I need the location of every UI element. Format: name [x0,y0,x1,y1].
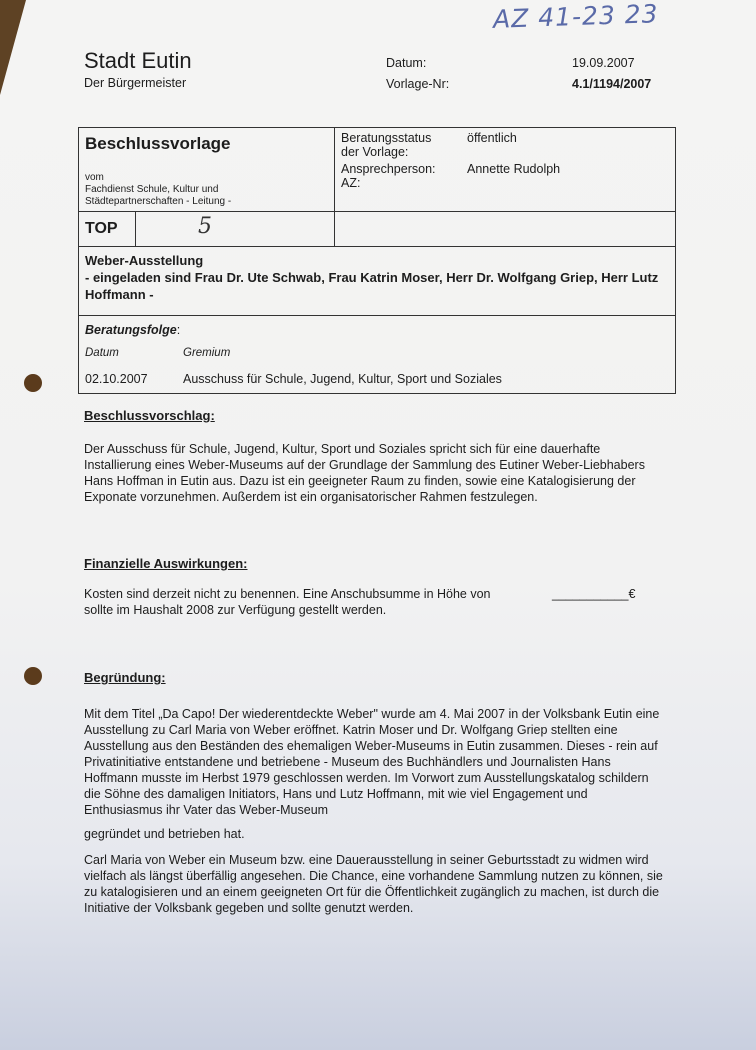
reason-paragraph-2: Carl Maria von Weber ein Museum bzw. ein… [84,852,664,916]
finance-text: Kosten sind derzeit nicht zu benennen. E… [84,586,664,618]
reason-paragraph-1: Mit dem Titel „Da Capo! Der wiederentdec… [84,706,664,818]
empty-cell [334,211,676,247]
proposal-heading: Beschlussvorschlag: [84,408,215,423]
desk-surface [0,0,26,95]
date-value: 19.09.2007 [572,56,635,70]
punch-hole [24,374,42,392]
number-value: 4.1/1194/2007 [572,77,651,91]
sequence-row-body: Ausschuss für Schule, Jugend, Kultur, Sp… [183,372,502,386]
top-value-cell: 5 [135,211,335,247]
handwritten-annotation: AZ 41-23 23 [493,0,659,34]
punch-hole [24,667,42,685]
sequence-cell: Beratungsfolge: Datum Gremium 02.10.2007… [78,315,676,394]
top-value: 5 [198,214,212,239]
reason-heading: Begründung: [84,670,166,685]
proposal-text: Der Ausschuss für Schule, Jugend, Kultur… [84,441,664,505]
sequence-header-date: Datum [85,347,119,359]
status-label: Beratungsstatus der Vorlage: [341,131,451,159]
subject-detail: - eingeladen sind Frau Dr. Ute Schwab, F… [85,269,670,303]
contact-value: Annette Rudolph [467,162,560,176]
form-type-cell: Beschlussvorlage vom Fachdienst Schule, … [78,127,335,212]
top-label-cell: TOP [78,211,136,247]
sequence-header-body: Gremium [183,347,230,359]
date-label: Datum: [386,56,426,70]
sequence-row-date: 02.10.2007 [85,372,148,386]
az-label: AZ: [341,176,360,190]
org-sub: Der Bürgermeister [84,76,186,90]
finance-heading: Finanzielle Auswirkungen: [84,556,247,571]
reason-paragraph-1-end: gegründet und betrieben hat. [84,826,664,842]
number-label: Vorlage-Nr: [386,77,449,91]
subject-title: Weber-Ausstellung [85,253,203,268]
top-label: TOP [85,220,118,238]
contact-label: Ansprechperson: [341,162,436,176]
amount-blank: ___________€ [552,586,635,602]
meta-cell: Beratungsstatus der Vorlage: öffentlich … [334,127,676,212]
subject-cell: Weber-Ausstellung - eingeladen sind Frau… [78,246,676,316]
org-name: Stadt Eutin [84,48,192,74]
status-value: öffentlich [467,131,517,145]
form-type: Beschlussvorlage [85,134,231,154]
from-value: Fachdienst Schule, Kultur und Städtepart… [85,184,265,208]
from-label: vom [85,172,104,184]
sequence-label: Beratungsfolge: [85,323,180,337]
